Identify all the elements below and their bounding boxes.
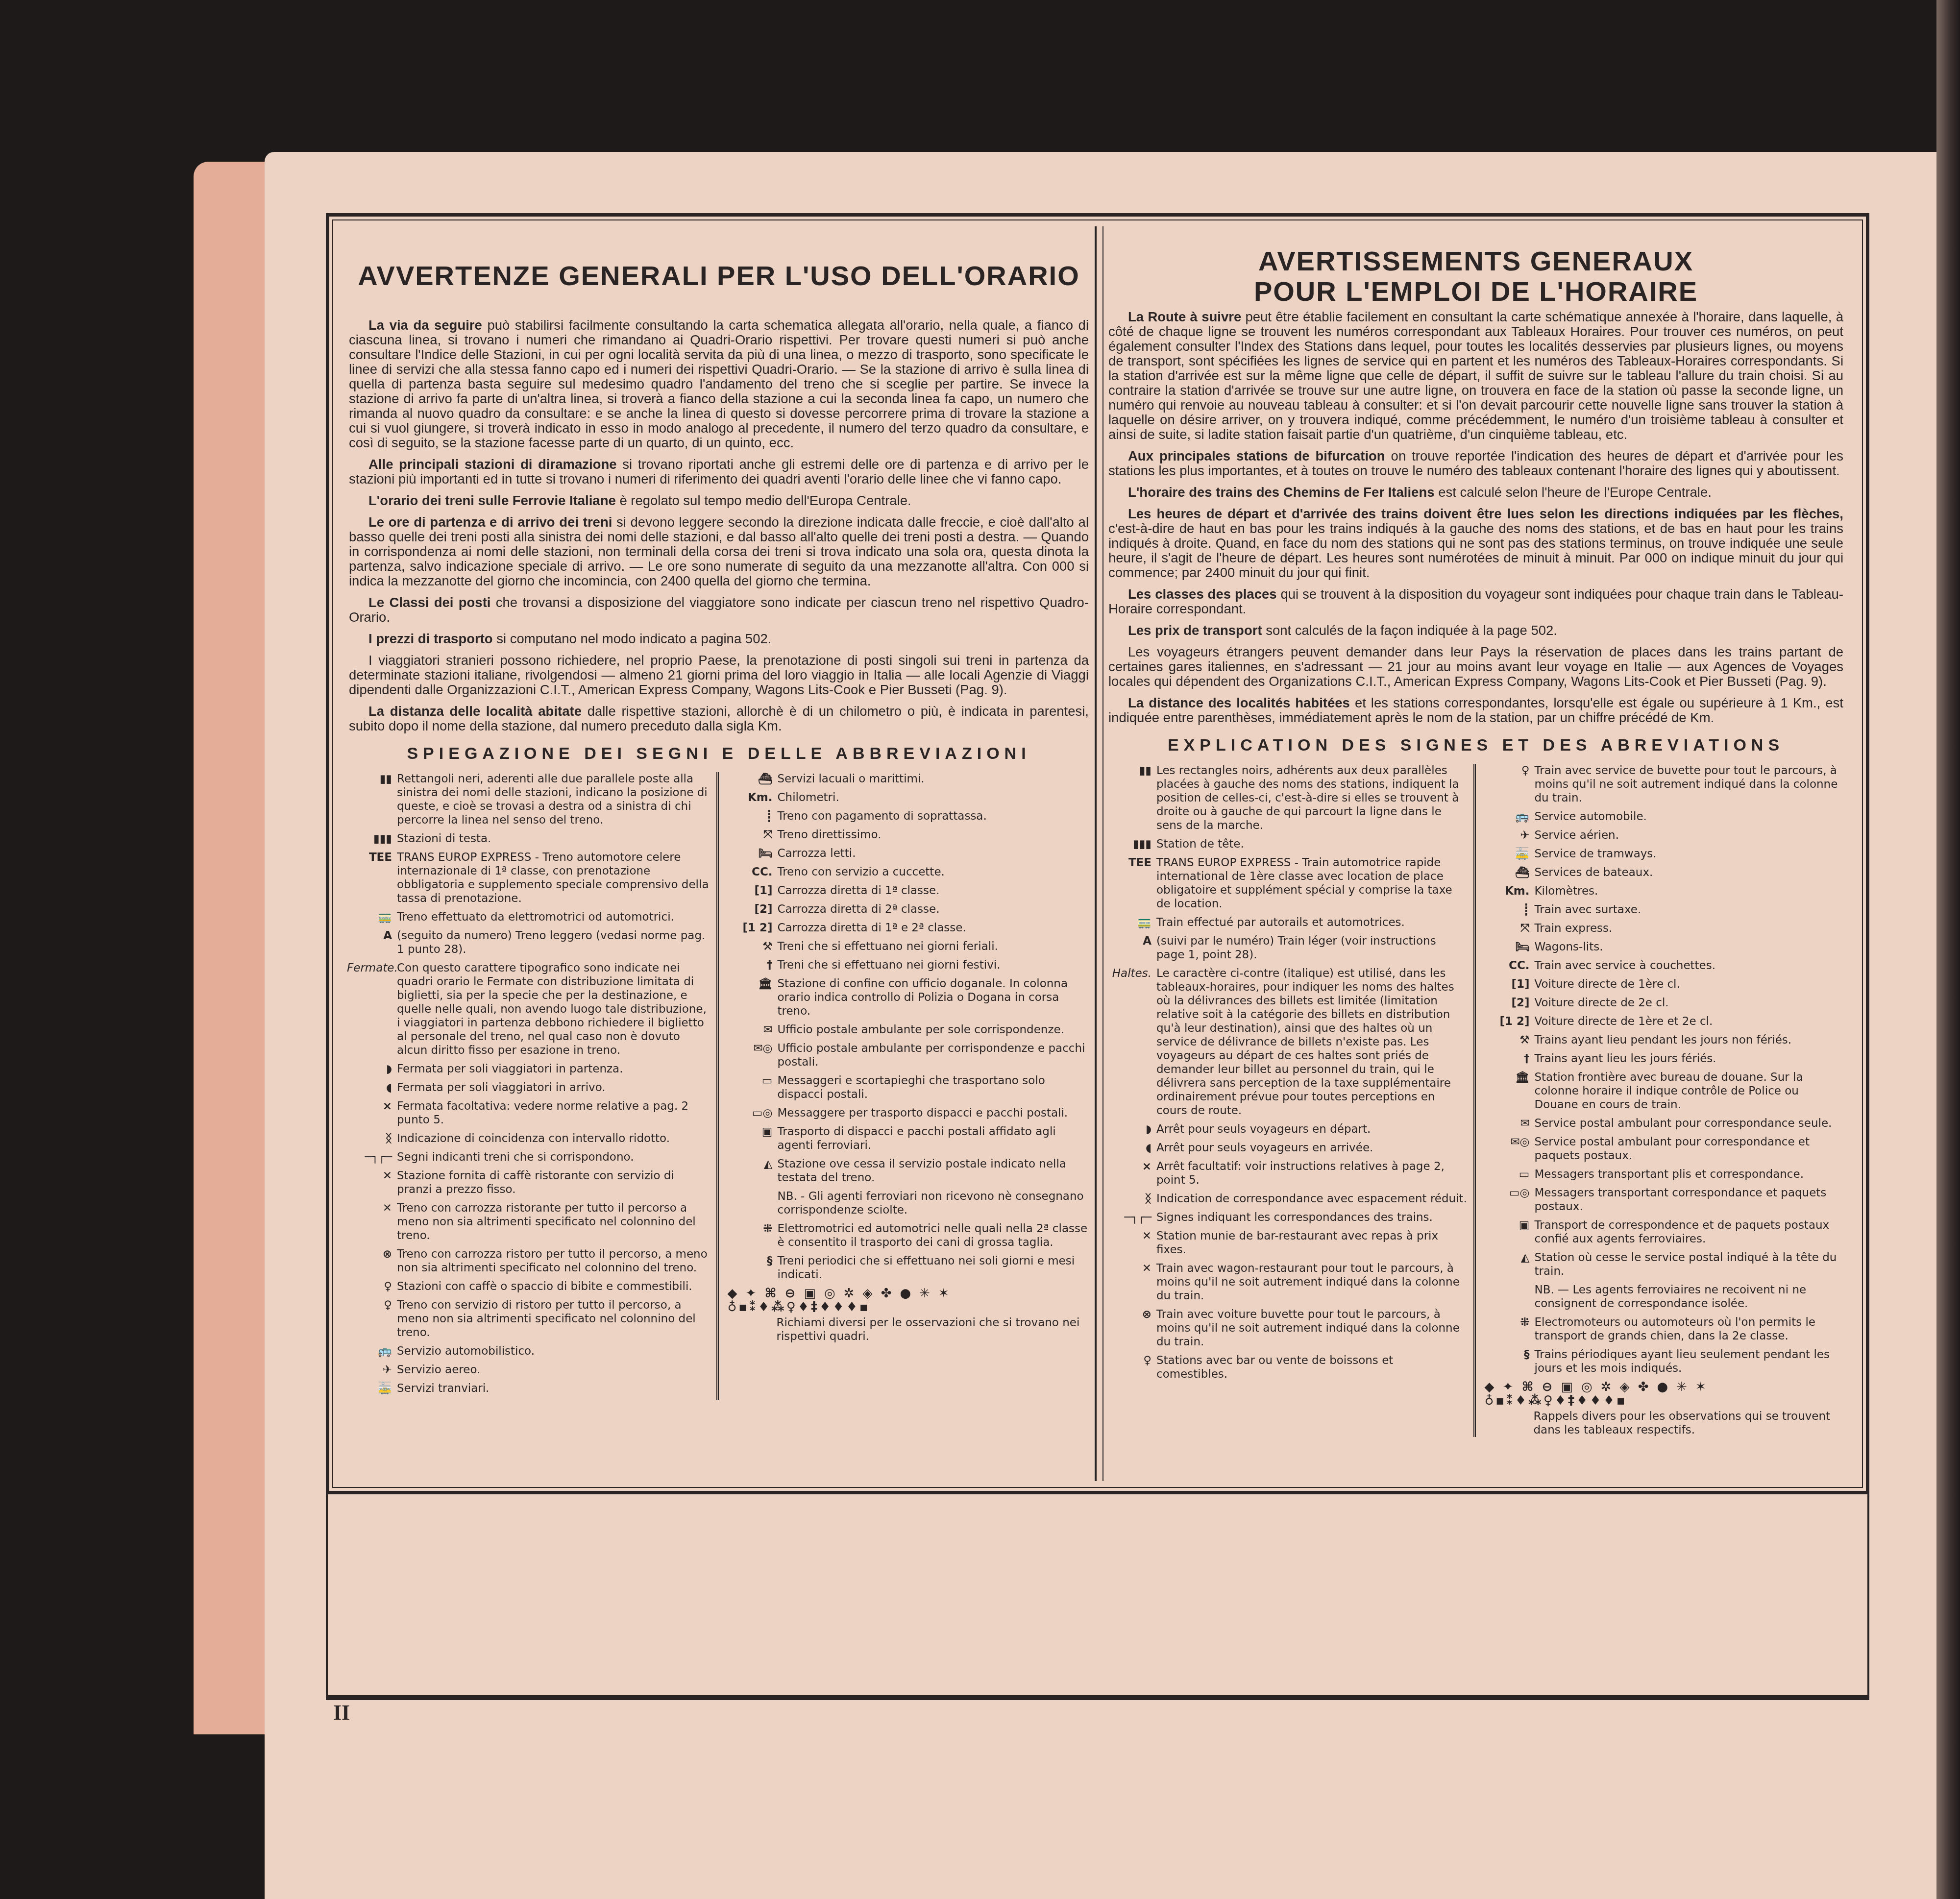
km-abbrev: Km. — [1485, 884, 1535, 898]
legend-item-text: Train effectué par autorails et automotr… — [1156, 916, 1468, 929]
french-title-line2: POUR L'EMPLOI DE L'HORAIRE — [1254, 276, 1698, 307]
legend-item-text: Electromoteurs ou automoteurs où l'on pe… — [1535, 1315, 1846, 1343]
legend-item: ▣Trasporto di dispacci e pacchi postali … — [728, 1125, 1091, 1152]
legend-item: [1 2]Voiture directe de 1ère et 2e cl. — [1485, 1015, 1846, 1028]
goblet-icon: ♀ — [1106, 1354, 1156, 1367]
paragraph: Les heures de départ et d'arrivée des tr… — [1108, 507, 1843, 580]
italic-haltes-label: Haltes. — [1106, 967, 1156, 980]
tee-logo-icon: TEE — [1106, 856, 1156, 870]
paragraph-body: sont calculés de la façon indiquée à la … — [1262, 623, 1557, 638]
sleeping-car-icon: 🛏 — [1485, 940, 1535, 954]
connection-sign-icon: ─┐┌─ — [1106, 1211, 1156, 1224]
legend-item: ✕Station munie de bar-restaurant avec re… — [1106, 1229, 1468, 1257]
paragraph: L'orario dei treni sulle Ferrovie Italia… — [349, 493, 1089, 508]
paragraph-lead: Le ore di partenza e di arrivo dei treni — [368, 514, 612, 530]
paragraph: La Route à suivre peut être établie faci… — [1108, 310, 1843, 442]
bus-icon: 🚌 — [1485, 810, 1535, 824]
legend-item: 🚋Service de tramways. — [1485, 847, 1846, 861]
legend-item-text: Segni indicanti treni che si corrispondo… — [397, 1150, 710, 1164]
italian-legend-title: SPIEGAZIONE DEI SEGNI E DELLE ABBREVIAZI… — [344, 744, 1094, 763]
railcar-icon: 🚃 — [1106, 916, 1156, 929]
legend-item: ⊗Train avec voiture buvette pour tout le… — [1106, 1308, 1468, 1349]
legend-item-text: Fermata per soli viaggiatori in partenza… — [397, 1062, 710, 1076]
paragraph-lead: Alle principali stazioni di diramazione — [368, 457, 617, 472]
legend-item-text: Treno con carrozza ristoro per tutto il … — [397, 1247, 710, 1275]
tram-icon: 🚋 — [1485, 847, 1535, 861]
reduced-interval-icon: ᛝ — [347, 1132, 397, 1145]
legend-item: ♀Stazioni con caffè o spaccio di bibite … — [347, 1280, 710, 1293]
legend-item: ⊗Treno con carrozza ristoro per tutto il… — [347, 1247, 710, 1275]
legend-item: 🏛Stazione di confine con ufficio doganal… — [728, 977, 1091, 1018]
legend-item-text: Carrozza diretta di 1ª e 2ª classe. — [778, 921, 1091, 935]
legend-item-text: Voiture directe de 2e cl. — [1535, 996, 1846, 1010]
cc-abbrev: CC. — [1485, 959, 1535, 973]
goblet-icon: ♀ — [347, 1280, 397, 1293]
paragraph-lead: La via da seguire — [368, 317, 482, 333]
legend-item: 🏛Station frontière avec bureau de douane… — [1485, 1071, 1846, 1112]
paragraph-lead: Les prix de transport — [1128, 623, 1262, 638]
legend-item: §Treni periodici che si effettuano nei s… — [728, 1254, 1091, 1282]
french-prose: La Route à suivre peut être établie faci… — [1108, 310, 1843, 725]
cc-abbrev: CC. — [728, 865, 778, 879]
legend-item: ┋Treno con pagamento di soprattassa. — [728, 809, 1091, 823]
legend-item-text: Stazione di confine con ufficio doganale… — [778, 977, 1091, 1018]
legend-item-text: Servizio automobilistico. — [397, 1344, 710, 1358]
legend-item-text: NB. - Gli agenti ferroviari non ricevono… — [778, 1190, 1091, 1217]
customs-building-icon: 🏛 — [1485, 1071, 1535, 1084]
legend-item-text: Trains ayant lieu les jours fériés. — [1535, 1052, 1846, 1066]
reference-marks-icon-row: ◆ ✦ ⌘ ⊖ ▣ ◎ ✲ ◈ ✤ ● ✳ ✶ ♁▪⁑♦⁂♀♦‡♦♦♦▪ — [728, 1287, 1091, 1314]
french-title: AVERTISSEMENTS GENERAUX POUR L'EMPLOI DE… — [1103, 226, 1848, 307]
fork-knife-icon: ✕ — [347, 1169, 397, 1183]
legend-item: ♀Treno con servizio di ristoro per tutto… — [347, 1298, 710, 1339]
paragraph: Les prix de transport sont calculés de l… — [1108, 623, 1843, 638]
legend-item: Km.Chilometri. — [728, 791, 1091, 804]
courier-parcel-icon: ▭◎ — [1485, 1186, 1535, 1200]
legend-item-text: Stazioni con caffè o spaccio di bibite e… — [397, 1280, 710, 1293]
legend-item-text: Rettangoli neri, aderenti alle due paral… — [397, 772, 710, 827]
envelope-parcel-icon: ✉◎ — [728, 1042, 778, 1055]
through-coach-2-icon: [2] — [728, 902, 778, 916]
paragraph-lead: La distance des localités habitées — [1128, 695, 1350, 710]
legend-item: ⁜Electromoteurs ou automoteurs où l'on p… — [1485, 1315, 1846, 1343]
fork-knife-icon: ✕ — [1106, 1262, 1156, 1275]
french-section: AVERTISSEMENTS GENERAUX POUR L'EMPLOI DE… — [1103, 226, 1848, 1481]
legend-item-text: Treno con servizio a cuccette. — [778, 865, 1091, 879]
legend-item-text: Voiture directe de 1ère et 2e cl. — [1535, 1015, 1846, 1028]
legend-item: ✉◎Service postal ambulant pour correspon… — [1485, 1135, 1846, 1163]
through-coach-1-icon: [1] — [728, 884, 778, 898]
paragraph-body: è regolato sul tempo medio dell'Europa C… — [616, 493, 911, 508]
content-frame: AVVERTENZE GENERALI PER L'USO DELL'ORARI… — [326, 213, 1869, 1494]
paragraph: Alle principali stazioni di diramazione … — [349, 457, 1089, 487]
cross-x-icon: × — [347, 1099, 397, 1113]
legend-item: [2]Voiture directe de 2e cl. — [1485, 996, 1846, 1010]
paragraph: La distance des localités habitées et le… — [1108, 696, 1843, 725]
legend-item-text: Trasporto di dispacci e pacchi postali a… — [778, 1125, 1091, 1152]
tram-icon: 🚋 — [347, 1382, 397, 1395]
holiday-cross-icon: † — [1485, 1052, 1535, 1066]
legend-item: ᛝIndication de correspondance avec espac… — [1106, 1192, 1468, 1206]
legend-item-text: Train avec service de buvette pour tout … — [1535, 764, 1846, 805]
paragraph-lead: L'orario dei treni sulle Ferrovie Italia… — [368, 493, 616, 508]
bus-icon: 🚌 — [347, 1344, 397, 1358]
surcharge-bar-icon: ┋ — [728, 809, 778, 823]
legend-item: 🚌Servizio automobilistico. — [347, 1344, 710, 1358]
paragraph: Les voyageurs étrangers peuvent demander… — [1108, 645, 1843, 689]
legend-item-text: Signes indiquant les correspondances des… — [1156, 1211, 1468, 1224]
reduced-interval-icon: ᛝ — [1106, 1192, 1156, 1206]
paragraph-body: peut être établie facilement en consulta… — [1108, 309, 1843, 442]
circled-fork-knife-icon: ⊗ — [1106, 1308, 1156, 1321]
legend-item-text: Station frontière avec bureau de douane.… — [1535, 1071, 1846, 1112]
legend-item-text: Servizio aereo. — [397, 1363, 710, 1377]
legend-item: ×Fermata facoltativa: vedere norme relat… — [347, 1099, 710, 1127]
half-circle-left-icon: ◖ — [347, 1081, 397, 1095]
tee-logo-icon: TEE — [347, 851, 397, 864]
courier-parcel-icon: ▭◎ — [728, 1106, 778, 1120]
paragraph: Le ore di partenza e di arrivo dei treni… — [349, 515, 1089, 588]
legend-item-text: Treno con pagamento di soprattassa. — [778, 809, 1091, 823]
legend-item-text: Service de tramways. — [1535, 847, 1846, 861]
legend-item-text: Service postal ambulant pour corresponda… — [1535, 1117, 1846, 1130]
reference-marks-text: Rappels divers pour les observations qui… — [1485, 1410, 1846, 1437]
boat-icon: ⛴ — [728, 772, 778, 786]
paragraph: Aux principales stations de bifurcation … — [1108, 449, 1843, 478]
french-legend-right: ♀Train avec service de buvette pour tout… — [1485, 764, 1846, 1437]
fork-knife-icon: ✕ — [1106, 1229, 1156, 1243]
reference-marks-icon-row: ◆ ✦ ⌘ ⊖ ▣ ◎ ✲ ◈ ✤ ● ✳ ✶ ♁▪⁑♦⁂♀♦‡♦♦♦▪ — [1485, 1380, 1846, 1408]
legend-item-text: Fermata per soli viaggiatori in arrivo. — [397, 1081, 710, 1095]
paragraph-lead: L'horaire des trains des Chemins de Fer … — [1128, 485, 1435, 500]
paragraph-body: Les voyageurs étrangers peuvent demander… — [1108, 644, 1843, 689]
italic-fermate-label: Fermate. — [347, 961, 397, 975]
legend-item: ⚒Treni che si effettuano nei giorni feri… — [728, 940, 1091, 953]
paragraph: Les classes des places qui se trouvent à… — [1108, 587, 1843, 616]
legend-item-text: Chilometri. — [778, 791, 1091, 804]
legend-item: 🚃Train effectué par autorails et automot… — [1106, 916, 1468, 929]
fork-knife-icon: ✕ — [347, 1201, 397, 1215]
legend-item-text: Arrêt pour seuls voyageurs en départ. — [1156, 1122, 1468, 1136]
legend-item: A(suivi par le numéro) Train léger (voir… — [1106, 934, 1468, 962]
paragraph-body: est calculé selon l'heure de l'Europe Ce… — [1435, 485, 1712, 500]
legend-item: ⤧Treno direttissimo. — [728, 828, 1091, 842]
paragraph: I viaggiatori stranieri possono richiede… — [349, 653, 1089, 697]
legend-item: ⚒Trains ayant lieu pendant les jours non… — [1485, 1033, 1846, 1047]
legend-item: ✕Train avec wagon-restaurant pour tout l… — [1106, 1262, 1468, 1303]
paragraph: I prezzi di trasporto si computano nel m… — [349, 632, 1089, 646]
paragraph-lead: I prezzi di trasporto — [368, 631, 493, 646]
paragraph-lead: Les heures de départ et d'arrivée des tr… — [1128, 506, 1843, 521]
legend-item-text: Messaggere per trasporto dispacci e pacc… — [778, 1106, 1091, 1120]
legend-item: ▮▮Les rectangles noirs, adhérents aux de… — [1106, 764, 1468, 832]
through-coach-2-icon: [2] — [1485, 996, 1535, 1010]
weekday-hammers-icon: ⚒ — [728, 940, 778, 953]
station-position-rectangles-icon: ▮▮ — [347, 772, 397, 786]
rail-agent-parcel-icon: ▣ — [728, 1125, 778, 1139]
half-circle-right-icon: ◗ — [347, 1062, 397, 1076]
legend-item-text: Treno con servizio di ristoro per tutto … — [397, 1298, 710, 1339]
legend-item-text: Service postal ambulant pour corresponda… — [1535, 1135, 1846, 1163]
legend-item: ✈Service aérien. — [1485, 828, 1846, 842]
connection-sign-icon: ─┐┌─ — [347, 1150, 397, 1164]
legend-item: †Trains ayant lieu les jours fériés. — [1485, 1052, 1846, 1066]
legend-item: TEETRANS EUROP EXPRESS - Train automotri… — [1106, 856, 1468, 911]
italian-section: AVVERTENZE GENERALI PER L'USO DELL'ORARI… — [344, 226, 1094, 1481]
legend-item: ♀Train avec service de buvette pour tout… — [1485, 764, 1846, 805]
half-circle-left-icon: ◖ — [1106, 1141, 1156, 1155]
legend-item-text: Le caractère ci-contre (italique) est ut… — [1156, 967, 1468, 1118]
legend-item-text: Trains ayant lieu pendant les jours non … — [1535, 1033, 1846, 1047]
legend-item: 🚃Treno effettuato da elettromotrici od a… — [347, 910, 710, 924]
legend-item-text: Elettromotrici ed automotrici nelle qual… — [778, 1222, 1091, 1249]
reference-marks-text: Richiami diversi per le osservazioni che… — [728, 1316, 1091, 1343]
direct-express-icon: ⤧ — [728, 828, 778, 842]
legend-item: ᛝIndicazione di coincidenza con interval… — [347, 1132, 710, 1145]
legend-item: NB. — Les agents ferroviaires ne recoive… — [1485, 1283, 1846, 1311]
legend-item: ◭Station où cesse le service postal indi… — [1485, 1251, 1846, 1278]
legend-item-text: Ufficio postale ambulante per sole corri… — [778, 1023, 1091, 1037]
legend-item: ◭Stazione ove cessa il servizio postale … — [728, 1157, 1091, 1185]
legend-item-text: Servizi tranviari. — [397, 1382, 710, 1395]
paragraph: La distanza delle località abitate dalle… — [349, 704, 1089, 733]
legend-item-text: Messagers transportant plis et correspon… — [1535, 1168, 1846, 1181]
km-abbrev: Km. — [728, 791, 778, 804]
legend-item: ✕Stazione fornita di caffè ristorante co… — [347, 1169, 710, 1196]
legend-item: [1]Carrozza diretta di 1ª classe. — [728, 884, 1091, 898]
column-divider — [1095, 226, 1103, 1481]
railcar-icon: 🚃 — [347, 910, 397, 924]
through-coach-1-icon: [1] — [1485, 977, 1535, 991]
legend-item-text: Treno direttissimo. — [778, 828, 1091, 842]
legend-item-text: Les rectangles noirs, adhérents aux deux… — [1156, 764, 1468, 832]
boat-icon: ⛴ — [1485, 866, 1535, 879]
legend-item-text: Stazione ove cessa il servizio postale i… — [778, 1157, 1091, 1185]
legend-item: ▮▮Rettangoli neri, aderenti alle due par… — [347, 772, 710, 827]
legend-item-text: Service aérien. — [1535, 828, 1846, 842]
legend-item-text: Station munie de bar-restaurant avec rep… — [1156, 1229, 1468, 1257]
letter-a-icon: A — [1106, 934, 1156, 948]
sleeping-car-icon: 🛏 — [728, 847, 778, 860]
legend-item-text: Transport de correspondence et de paquet… — [1535, 1218, 1846, 1246]
legend-item-text: Kilomètres. — [1535, 884, 1846, 898]
legend-item-text: Indicazione di coincidenza con intervall… — [397, 1132, 710, 1145]
legend-item-text: Station où cesse le service postal indiq… — [1535, 1251, 1846, 1278]
legend-item-text: Treni che si effettuano nei giorni feria… — [778, 940, 1091, 953]
french-legend: ▮▮Les rectangles noirs, adhérents aux de… — [1103, 764, 1848, 1437]
legend-item: Fermate.Con questo carattere tipografico… — [347, 961, 710, 1057]
paragraph-body: I viaggiatori stranieri possono richiede… — [349, 653, 1089, 697]
legend-item: [2]Carrozza diretta di 2ª classe. — [728, 902, 1091, 916]
legend-item: [1]Voiture directe de 1ère cl. — [1485, 977, 1846, 991]
italian-legend: ▮▮Rettangoli neri, aderenti alle due par… — [344, 772, 1094, 1400]
legend-item: [1 2]Carrozza diretta di 1ª e 2ª classe. — [728, 921, 1091, 935]
dog-transport-icon: ⁜ — [728, 1222, 778, 1236]
legend-item: ─┐┌─Signes indiquant les correspondances… — [1106, 1211, 1468, 1224]
legend-item: †Treni che si effettuano nei giorni fest… — [728, 958, 1091, 972]
legend-item: CC.Treno con servizio a cuccette. — [728, 865, 1091, 879]
legend-item: ─┐┌─Segni indicanti treni che si corrisp… — [347, 1150, 710, 1164]
paragraph-lead: La distanza delle località abitate — [368, 704, 582, 719]
terminus-station-icon: ▮▮▮ — [347, 832, 397, 846]
legend-item: CC.Train avec service à couchettes. — [1485, 959, 1846, 973]
surcharge-bar-icon: ┋ — [1485, 903, 1535, 917]
french-legend-title: EXPLICATION DES SIGNES ET DES ABREVIATIO… — [1103, 736, 1848, 755]
binding-spine — [1936, 0, 1960, 1899]
legend-item-text: Services de bateaux. — [1535, 866, 1846, 879]
envelope-icon: ✉ — [728, 1023, 778, 1037]
legend-item-text: Carrozza diretta di 2ª classe. — [778, 902, 1091, 916]
legend-item: ✉◎Ufficio postale ambulante per corrispo… — [728, 1042, 1091, 1069]
legend-item: ⛴Servizi lacuali o marittimi. — [728, 772, 1091, 786]
legend-item: ✉Service postal ambulant pour correspond… — [1485, 1117, 1846, 1130]
legend-item-text: Treno effettuato da elettromotrici od au… — [397, 910, 710, 924]
legend-item: ◖Fermata per soli viaggiatori in arrivo. — [347, 1081, 710, 1095]
legend-item: Km.Kilomètres. — [1485, 884, 1846, 898]
legend-item-text: Arrêt facultatif: voir instructions rela… — [1156, 1160, 1468, 1187]
legend-item: 🛏Carrozza letti. — [728, 847, 1091, 860]
legend-item-text: Carrozza letti. — [778, 847, 1091, 860]
paragraph-body: si computano nel modo indicato a pagina … — [493, 631, 772, 646]
legend-item-text: Stazioni di testa. — [397, 832, 710, 846]
legend-item: 🚌Service automobile. — [1485, 810, 1846, 824]
legend-item: ◗Fermata per soli viaggiatori in partenz… — [347, 1062, 710, 1076]
legend-item-text: Carrozza diretta di 1ª classe. — [778, 884, 1091, 898]
station-position-rectangles-icon: ▮▮ — [1106, 764, 1156, 778]
courier-icon: ▭ — [1485, 1168, 1535, 1181]
legend-item: ✕Treno con carrozza ristorante per tutto… — [347, 1201, 710, 1242]
legend-item-text: NB. — Les agents ferroviaires ne recoive… — [1535, 1283, 1846, 1311]
legend-item: ▭Messaggeri e scortapieghi che trasporta… — [728, 1074, 1091, 1101]
courier-icon: ▭ — [728, 1074, 778, 1088]
legend-item: ▭Messagers transportant plis et correspo… — [1485, 1168, 1846, 1181]
legend-item-text: Train express. — [1535, 922, 1846, 935]
legend-item-text: Servizi lacuali o marittimi. — [778, 772, 1091, 786]
legend-item-text: (seguito da numero) Treno leggero (vedas… — [397, 929, 710, 956]
legend-item-text: Wagons-lits. — [1535, 940, 1846, 954]
legend-item: §Trains périodiques ayant lieu seulement… — [1485, 1348, 1846, 1375]
airplane-icon: ✈ — [1485, 828, 1535, 842]
legend-item-text: Fermata facoltativa: vedere norme relati… — [397, 1099, 710, 1127]
paragraph-lead: La Route à suivre — [1128, 309, 1241, 324]
goblet-icon: ♀ — [347, 1298, 397, 1312]
cross-x-icon: × — [1106, 1160, 1156, 1173]
legend-item: A(seguito da numero) Treno leggero (veda… — [347, 929, 710, 956]
legend-item: ▮▮▮Stazioni di testa. — [347, 832, 710, 846]
legend-item-text: Train avec surtaxe. — [1535, 903, 1846, 917]
bleedthrough-texture — [338, 1504, 1858, 1685]
legend-item-text: Stations avec bar ou vente de boissons e… — [1156, 1354, 1468, 1381]
legend-item: ⤧Train express. — [1485, 922, 1846, 935]
legend-item: ⛴Services de bateaux. — [1485, 866, 1846, 879]
legend-item-text: Treni che si effettuano nei giorni festi… — [778, 958, 1091, 972]
terminus-station-icon: ▮▮▮ — [1106, 837, 1156, 851]
through-coach-12-icon: [1 2] — [1485, 1015, 1535, 1028]
paragraph-lead: Les classes des places — [1128, 586, 1277, 602]
periodic-train-icon: § — [728, 1254, 778, 1268]
legend-item: Haltes.Le caractère ci-contre (italique)… — [1106, 967, 1468, 1118]
paragraph: La via da seguire può stabilirsi facilme… — [349, 318, 1089, 450]
goblet-icon: ♀ — [1485, 764, 1535, 778]
paragraph-lead: Aux principales stations de bifurcation — [1128, 448, 1385, 463]
legend-item-text: Messagers transportant correspondance et… — [1535, 1186, 1846, 1214]
legend-item: ▮▮▮Station de tête. — [1106, 837, 1468, 851]
legend-item-text: Train avec voiture buvette pour tout le … — [1156, 1308, 1468, 1349]
legend-item-text: Messaggeri e scortapieghi che trasportan… — [778, 1074, 1091, 1101]
legend-item-text: (suivi par le numéro) Train léger (voir … — [1156, 934, 1468, 962]
legend-item-text: TRANS EUROP EXPRESS - Train automotrice … — [1156, 856, 1468, 911]
legend-item: NB. - Gli agenti ferroviari non ricevono… — [728, 1190, 1091, 1217]
legend-item-text: Stazione fornita di caffè ristorante con… — [397, 1169, 710, 1196]
legend-item: ◖Arrêt pour seuls voyageurs en arrivée. — [1106, 1141, 1468, 1155]
legend-item-text: Ufficio postale ambulante per corrispond… — [778, 1042, 1091, 1069]
legend-item-text: TRANS EUROP EXPRESS - Treno automotore c… — [397, 851, 710, 905]
paragraph-body: può stabilirsi facilmente consultando la… — [349, 317, 1089, 450]
periodic-train-icon: § — [1485, 1348, 1535, 1362]
legend-item: ◗Arrêt pour seuls voyageurs en départ. — [1106, 1122, 1468, 1136]
postal-end-triangle-icon: ◭ — [1485, 1251, 1535, 1265]
legend-item-text: Treni periodici che si effettuano nei so… — [778, 1254, 1091, 1282]
legend-item-text: Treno con carrozza ristorante per tutto … — [397, 1201, 710, 1242]
rail-agent-parcel-icon: ▣ — [1485, 1218, 1535, 1232]
french-legend-left: ▮▮Les rectangles noirs, adhérents aux de… — [1106, 764, 1476, 1437]
envelope-icon: ✉ — [1485, 1117, 1535, 1130]
dog-transport-icon: ⁜ — [1485, 1315, 1535, 1329]
legend-item: 🚋Servizi tranviari. — [347, 1382, 710, 1395]
envelope-parcel-icon: ✉◎ — [1485, 1135, 1535, 1149]
paragraph-body: c'est-à-dire de haut en bas pour les tra… — [1108, 521, 1843, 580]
legend-item-text: Con questo carattere tipografico sono in… — [397, 961, 710, 1057]
circled-fork-knife-icon: ⊗ — [347, 1247, 397, 1261]
legend-item-text: Arrêt pour seuls voyageurs en arrivée. — [1156, 1141, 1468, 1155]
paragraph-lead: Le Classi dei posti — [368, 595, 490, 610]
legend-item: ┋Train avec surtaxe. — [1485, 903, 1846, 917]
legend-item: ✈Servizio aereo. — [347, 1363, 710, 1377]
legend-item: ♀Stations avec bar ou vente de boissons … — [1106, 1354, 1468, 1381]
paragraph: L'horaire des trains des Chemins de Fer … — [1108, 485, 1843, 500]
legend-item: ▭◎Messagers transportant correspondance … — [1485, 1186, 1846, 1214]
legend-item-text: Indication de correspondance avec espace… — [1156, 1192, 1468, 1206]
airplane-icon: ✈ — [347, 1363, 397, 1377]
legend-item-text: Voiture directe de 1ère cl. — [1535, 977, 1846, 991]
italian-legend-right: ⛴Servizi lacuali o marittimi.Km.Chilomet… — [728, 772, 1091, 1400]
legend-item-text: Train avec wagon-restaurant pour tout le… — [1156, 1262, 1468, 1303]
legend-item: ×Arrêt facultatif: voir instructions rel… — [1106, 1160, 1468, 1187]
letter-a-icon: A — [347, 929, 397, 943]
legend-item: ▭◎Messaggere per trasporto dispacci e pa… — [728, 1106, 1091, 1120]
italian-legend-left: ▮▮Rettangoli neri, aderenti alle due par… — [347, 772, 719, 1400]
legend-item-text: Trains périodiques ayant lieu seulement … — [1535, 1348, 1846, 1375]
legend-item: ▣Transport de correspondence et de paque… — [1485, 1218, 1846, 1246]
legend-item-text: Station de tête. — [1156, 837, 1468, 851]
through-coach-12-icon: [1 2] — [728, 921, 778, 935]
holiday-cross-icon: † — [728, 958, 778, 972]
french-title-line1: AVERTISSEMENTS GENERAUX — [1258, 245, 1693, 276]
italian-title: AVVERTENZE GENERALI PER L'USO DELL'ORARI… — [344, 226, 1094, 291]
legend-item: ✉Ufficio postale ambulante per sole corr… — [728, 1023, 1091, 1037]
page-number: II — [333, 1700, 350, 1725]
legend-item: 🛏Wagons-lits. — [1485, 940, 1846, 954]
legend-item: TEETRANS EUROP EXPRESS - Treno automotor… — [347, 851, 710, 905]
advertisement-panel-bleedthrough — [326, 1494, 1869, 1700]
italian-prose: La via da seguire può stabilirsi facilme… — [349, 318, 1089, 733]
postal-end-triangle-icon: ◭ — [728, 1157, 778, 1171]
half-circle-right-icon: ◗ — [1106, 1122, 1156, 1136]
customs-building-icon: 🏛 — [728, 977, 778, 991]
legend-item-text: Service automobile. — [1535, 810, 1846, 824]
legend-item-text: Train avec service à couchettes. — [1535, 959, 1846, 973]
paragraph: Le Classi dei posti che trovansi a dispo… — [349, 595, 1089, 625]
